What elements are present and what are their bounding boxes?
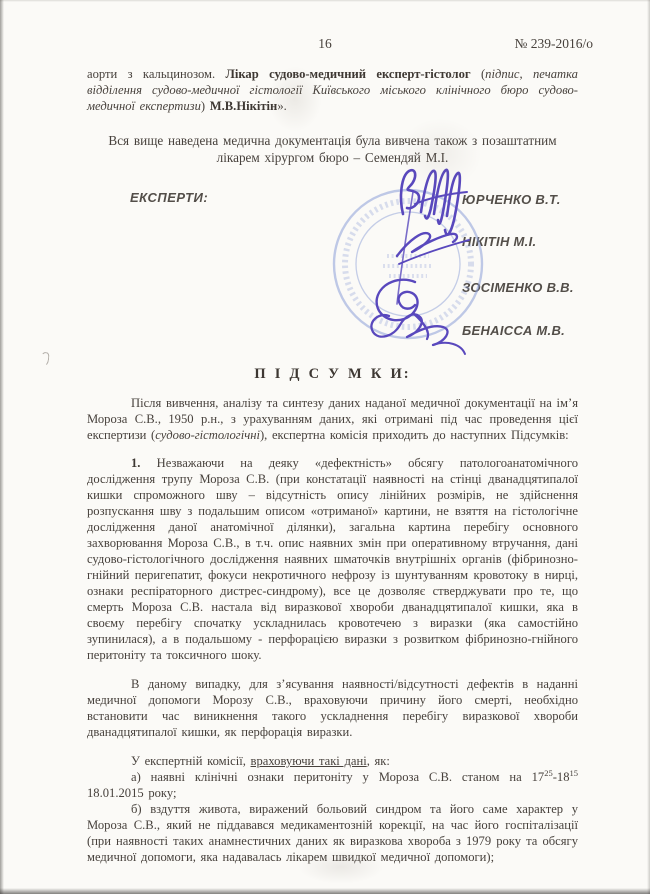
data-intro-underlined: враховуючи такі дані xyxy=(251,754,367,768)
intro-paragraph: аорти з кальцинозом. Лікар судово-медичн… xyxy=(87,66,578,114)
expert-name-benaissa: БЕНАІССА М.В. xyxy=(462,323,565,338)
conclusion-item-1: 1. Незважаючи на деяку «дефектність» обс… xyxy=(87,455,578,663)
page-content: аорти з кальцинозом. Лікар судово-медичн… xyxy=(0,0,650,894)
intro-run-plain: ( xyxy=(471,67,486,81)
intro-run-bold-name: М.В.Нікітін xyxy=(210,99,278,113)
data-item-a: а) наявні клінічні ознаки перитоніту у М… xyxy=(87,769,578,801)
intro-run-plain: ». xyxy=(277,99,286,113)
expert-name-zosimenko: ЗОСІМЕНКО В.В. xyxy=(462,280,574,295)
scan-edge-top xyxy=(0,0,650,2)
signature-strokes-icon xyxy=(371,170,469,354)
scanned-document-page: 16 № 239-2016/о аорти з кальцинозом. Лік… xyxy=(0,0,650,894)
data-intro-plain: , як: xyxy=(367,754,390,768)
item-1-text: Незважаючи на деяку «дефектність» обсягу… xyxy=(87,456,578,662)
item-a-text: 18.01.2015 року; xyxy=(87,786,176,800)
intro-run-plain: аорти з кальцинозом. xyxy=(87,67,225,81)
experts-signature-block: ЕКСПЕРТИ: ЮРЧЕНКО В.Т. НІКІТІН М.І. ЗОСІ… xyxy=(87,184,578,350)
data-intro-plain: У експертній комісії, xyxy=(131,754,251,768)
conclusions-title: П І Д С У М К И: xyxy=(87,366,578,382)
data-intro-line: У експертній комісії, враховуючи такі да… xyxy=(87,753,578,769)
expert-name-nikitin: НІКІТІН М.І. xyxy=(462,234,536,249)
concl-run-italic: судово-гістологічні xyxy=(155,428,260,442)
experts-label: ЕКСПЕРТИ: xyxy=(130,190,208,205)
expert-name-yurchenko: ЮРЧЕНКО В.Т. xyxy=(462,192,561,207)
review-note: Вся вище наведена медична документація б… xyxy=(87,132,578,166)
item-a-text: -18 xyxy=(553,770,570,784)
intro-run-plain: ) xyxy=(201,99,210,113)
scan-edge-bottom xyxy=(0,888,650,894)
concl-run-plain: ), експертна комісія приходить до наступ… xyxy=(260,428,569,442)
conclusion-paragraph-2: В даному випадку, для з’ясування наявнос… xyxy=(87,676,578,740)
intro-run-bold-title: Лікар судово-медичний експерт-гістолог xyxy=(225,67,470,81)
conclusions-intro: Після вивчення, аналізу та синтезу даних… xyxy=(87,395,578,443)
data-item-b: б) вздуття живота, виражений больовий си… xyxy=(87,801,578,865)
item-a-sup-time2: 15 xyxy=(570,768,579,778)
item-a-text: а) наявні клінічні ознаки перитоніту у М… xyxy=(131,770,544,784)
round-stamp-icon xyxy=(334,190,482,338)
scan-edge-left xyxy=(0,0,4,894)
item-a-sup-time1: 25 xyxy=(544,768,553,778)
